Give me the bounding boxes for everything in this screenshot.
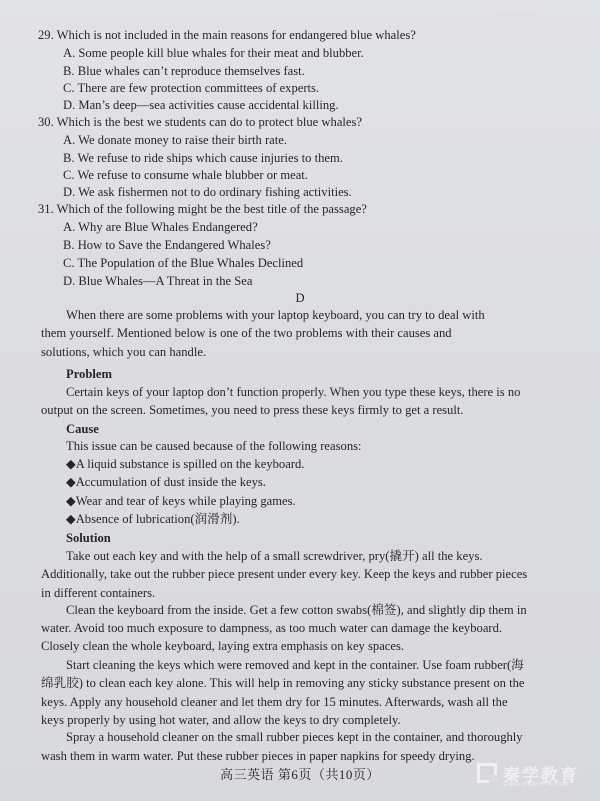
cause-item: ◆A liquid substance is spilled on the ke… xyxy=(66,456,304,472)
scan-artifact xyxy=(493,14,533,22)
cause-heading: Cause xyxy=(66,421,99,437)
cause-text: Absence of lubrication(润滑剂). xyxy=(76,512,240,526)
solution-line: Additionally, take out the rubber piece … xyxy=(41,566,527,582)
cause-intro: This issue can be caused because of the … xyxy=(66,438,362,454)
option-29-b: B. Blue whales can’t reproduce themselve… xyxy=(63,63,305,79)
solution-line: Clean the keyboard from the inside. Get … xyxy=(66,602,527,618)
solution-line: 绵乳胶) to clean each key alone. This will … xyxy=(41,675,524,691)
problem-line-1: Certain keys of your laptop don’t functi… xyxy=(66,384,520,400)
question-31: 31. Which of the following might be the … xyxy=(38,201,367,217)
cause-text: Wear and tear of keys while playing game… xyxy=(76,494,296,508)
solution-line: Closely clean the whole keyboard, laying… xyxy=(41,638,404,654)
question-number: 31. xyxy=(38,202,54,216)
option-31-c: C. The Population of the Blue Whales Dec… xyxy=(63,255,303,271)
cause-item: ◆Wear and tear of keys while playing gam… xyxy=(66,493,296,509)
option-29-c: C. There are few protection committees o… xyxy=(63,80,319,96)
exam-page: 29. Which is not included in the main re… xyxy=(0,0,600,801)
question-text: Which of the following might be the best… xyxy=(57,202,367,216)
option-30-c: C. We refuse to consume whale blubber or… xyxy=(63,167,308,183)
option-29-a: A. Some people kill blue whales for thei… xyxy=(63,45,364,61)
option-31-a: A. Why are Blue Whales Endangered? xyxy=(63,219,258,235)
intro-line-2: them yourself. Mentioned below is one of… xyxy=(41,325,452,341)
solution-line: Spray a household cleaner on the small r… xyxy=(66,729,523,745)
watermark-url: WWW.QINXUETM.COM xyxy=(503,782,569,788)
diamond-bullet-icon: ◆ xyxy=(66,512,76,526)
solution-line: water. Avoid too much exposure to dampne… xyxy=(41,620,502,636)
solution-line: Take out each key and with the help of a… xyxy=(66,548,483,564)
option-31-b: B. How to Save the Endangered Whales? xyxy=(63,237,271,253)
diamond-bullet-icon: ◆ xyxy=(66,475,76,489)
option-29-d: D. Man’s deep—sea activities cause accid… xyxy=(63,97,339,113)
cause-text: Accumulation of dust inside the keys. xyxy=(76,475,266,489)
solution-line: keys. Apply any household cleaner and le… xyxy=(41,694,508,710)
option-30-b: B. We refuse to ride ships which cause i… xyxy=(63,150,343,166)
intro-line-3: solutions, which you can handle. xyxy=(41,344,206,360)
option-30-d: D. We ask fishermen not to do ordinary f… xyxy=(63,184,352,200)
solution-line: wash them in warm water. Put these rubbe… xyxy=(41,748,475,764)
question-29: 29. Which is not included in the main re… xyxy=(38,27,416,43)
solution-line: keys properly by using hot water, and al… xyxy=(41,712,401,728)
solution-heading: Solution xyxy=(66,530,111,546)
section-heading-d: D xyxy=(0,290,600,306)
problem-line-2: output on the screen. Sometimes, you nee… xyxy=(41,402,464,418)
solution-line: in different containers. xyxy=(41,585,155,601)
question-number: 29. xyxy=(38,28,54,42)
intro-line-1: When there are some problems with your l… xyxy=(66,307,485,323)
question-number: 30. xyxy=(38,115,54,129)
brand-logo-icon xyxy=(477,763,497,783)
option-31-d: D. Blue Whales—A Threat in the Sea xyxy=(63,273,252,289)
question-30: 30. Which is the best we students can do… xyxy=(38,114,362,130)
diamond-bullet-icon: ◆ xyxy=(66,457,76,471)
cause-item: ◆Accumulation of dust inside the keys. xyxy=(66,474,266,490)
question-text: Which is not included in the main reason… xyxy=(57,28,416,42)
question-text: Which is the best we students can do to … xyxy=(57,115,362,129)
cause-text: A liquid substance is spilled on the key… xyxy=(76,457,305,471)
watermark: 秦学教育 WWW.QINXUETM.COM xyxy=(477,762,587,790)
diamond-bullet-icon: ◆ xyxy=(66,494,76,508)
cause-item: ◆Absence of lubrication(润滑剂). xyxy=(66,511,240,527)
solution-line: Start cleaning the keys which were remov… xyxy=(66,657,524,673)
option-30-a: A. We donate money to raise their birth … xyxy=(63,132,287,148)
problem-heading: Problem xyxy=(66,366,112,382)
